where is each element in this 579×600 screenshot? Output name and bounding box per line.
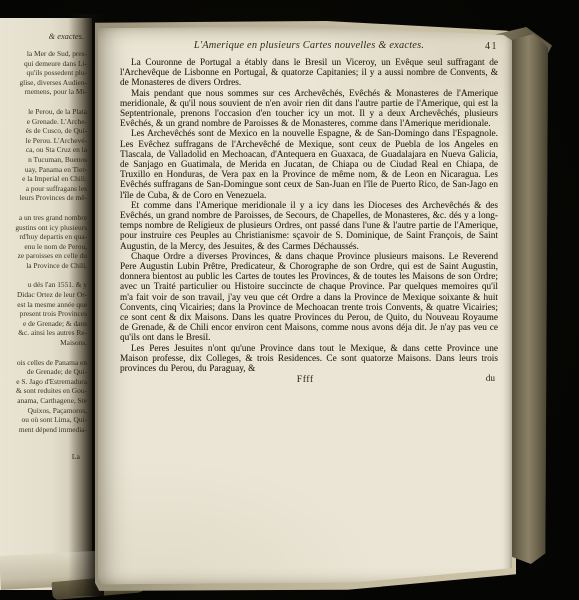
book-cover-edge	[510, 34, 548, 564]
page-content: L'Amerique en plusieurs Cartes nouvelles…	[120, 40, 498, 586]
running-header: L'Amerique en plusieurs Cartes nouvelles…	[194, 40, 424, 51]
page-number: 41	[485, 41, 498, 52]
paragraph: Les Archevêchés sont de Mexico en la nou…	[120, 129, 498, 200]
paragraph: La Couronne de Portugal a étably dans le…	[120, 58, 498, 89]
paragraph: Et comme dans l'Amerique meridionale il …	[120, 201, 498, 252]
book-page: L'Amerique en plusieurs Cartes nouvelles…	[98, 26, 512, 586]
page-text: La Couronne de Portugal a étably dans le…	[120, 58, 498, 374]
signature-row: Ffff du	[120, 374, 498, 386]
signature-mark: Ffff	[297, 374, 314, 385]
paragraph: Mais pendant que nous sommes sur ces Arc…	[120, 89, 498, 130]
paragraph: Chaque Ordre a diverses Provinces, & dan…	[120, 252, 498, 344]
paragraph: Les Peres Jesuites n'ont qu'une Province…	[120, 344, 498, 375]
catchword: du	[486, 374, 495, 384]
book-photo: & exactes. la Mer de Sud, pres-qui demeu…	[0, 0, 579, 600]
running-header-row: L'Amerique en plusieurs Cartes nouvelles…	[120, 40, 498, 53]
